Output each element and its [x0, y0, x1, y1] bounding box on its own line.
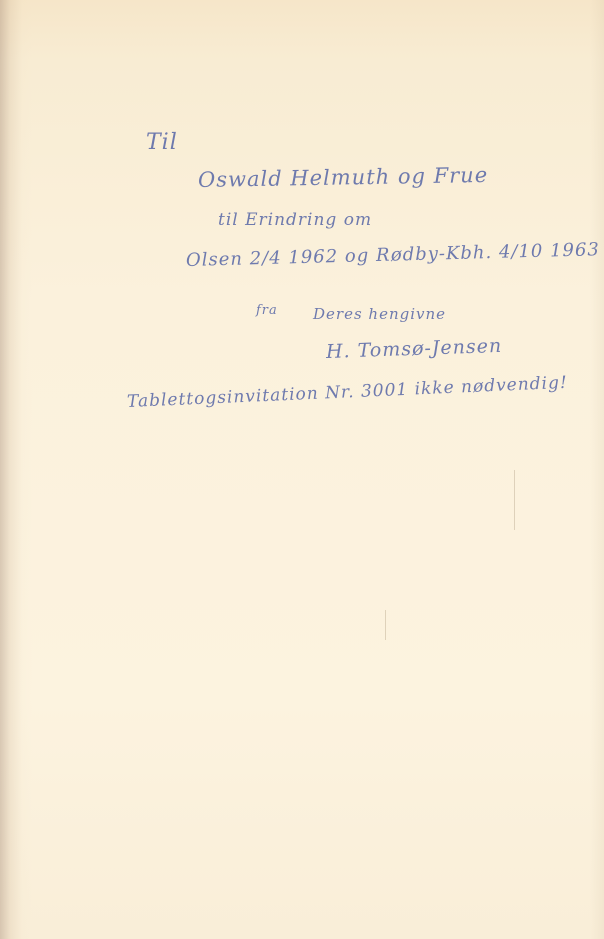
- paper-crease-mark: [385, 610, 386, 640]
- book-flyleaf-page: Til Oswald Helmuth og Frue til Erindring…: [0, 0, 604, 939]
- dedication-closing: Deres hengivne: [313, 305, 446, 323]
- paper-crease-mark: [514, 470, 515, 530]
- dedication-postscript: Tablettogsinvitation Nr. 3001 ikke nødve…: [127, 373, 569, 412]
- dedication-signature: H. Tomsø-Jensen: [326, 335, 503, 363]
- dedication-dates: Olsen 2/4 1962 og Rødby-Kbh. 4/10 1963: [186, 239, 600, 271]
- dedication-from: fra: [256, 303, 278, 318]
- dedication-recipient: Oswald Helmuth og Frue: [198, 163, 489, 192]
- dedication-salutation: Til: [146, 130, 178, 155]
- dedication-purpose: til Erindring om: [218, 210, 372, 230]
